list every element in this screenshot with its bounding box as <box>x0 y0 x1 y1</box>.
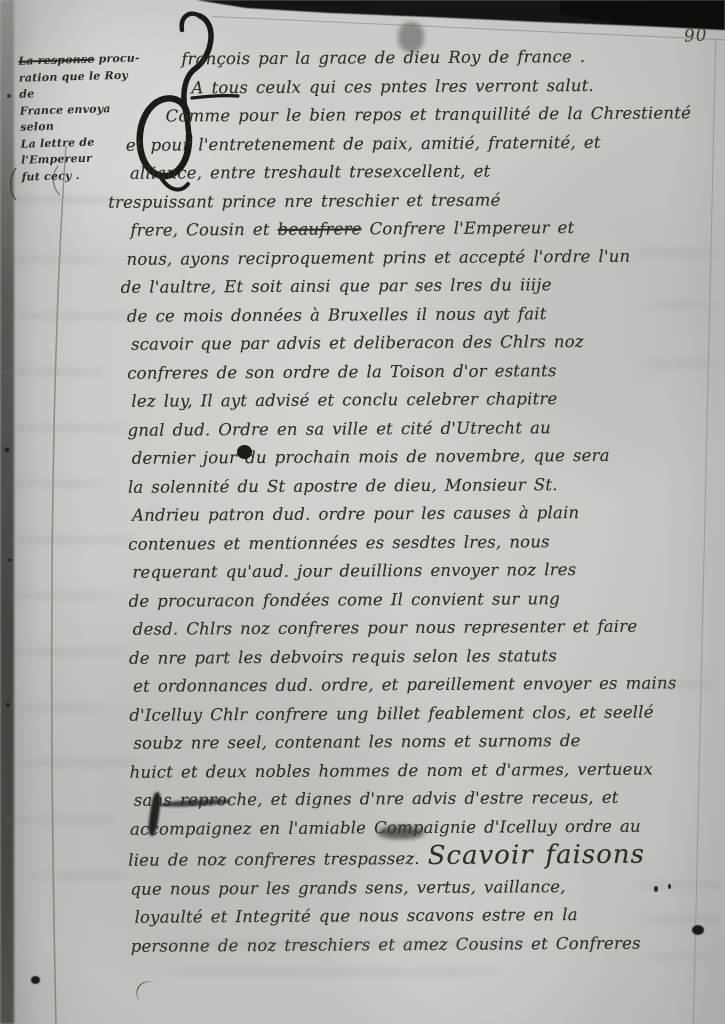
manuscript-line: confreres de son ordre de la Toison d'or… <box>127 356 713 388</box>
top-smudge <box>398 22 424 52</box>
bleedthrough-mark <box>4 480 104 487</box>
bleedthrough-mark <box>652 682 718 688</box>
manuscript-line: nous, ayons reciproquement prins et acce… <box>126 242 712 274</box>
manuscript-line: de nre part les debvoirs requis selon le… <box>129 641 715 673</box>
line-segment: Confrere l'Empereur et <box>362 218 575 238</box>
line-segment: lieu de noz confreres trespassez. <box>128 849 428 870</box>
bleedthrough-mark <box>4 256 104 263</box>
manuscript-line: loyaulté et Integrité que nous scavons e… <box>134 900 716 932</box>
bleedthrough-mark <box>644 360 720 367</box>
margin-note-line: France envoya selon <box>20 100 143 136</box>
ink-blot <box>237 445 252 459</box>
bleedthrough-mark <box>6 704 108 711</box>
bleedthrough-mark <box>2 592 112 599</box>
struck-words: La response <box>18 53 94 68</box>
bleedthrough-mark <box>150 940 530 948</box>
manuscript-line: et pour l'entretenement de paix, amitié,… <box>126 128 712 160</box>
manuscript-line: Comme pour le bien repos et tranquillité… <box>166 99 712 131</box>
manuscript-line: la solennité du St apostre de dieu, Mons… <box>128 470 714 502</box>
bleedthrough-mark <box>10 536 136 544</box>
manuscript-line: d'Icelluy Chlr confrere ung billet feabl… <box>129 698 715 730</box>
bleedthrough-mark <box>648 954 718 960</box>
manuscript-page: 90 La response procu- ration que le Roy … <box>0 0 725 1024</box>
manuscript-line: frere, Cousin et beaufrere Confrere l'Em… <box>130 213 712 245</box>
manuscript-line: lieu de noz confreres trespassez. Scavoi… <box>128 840 716 875</box>
ink-blot <box>31 976 40 984</box>
bleedthrough-mark <box>8 424 128 432</box>
manuscript-line: soubz nre seel, contenant les noms et su… <box>133 726 715 758</box>
manuscript-line: lez luy, Il ayt advisé et conclu celebre… <box>131 384 713 416</box>
bleedthrough-mark <box>170 968 500 975</box>
manuscript-line: que nous pour les grands sens, vertus, v… <box>130 872 716 904</box>
manuscript-line: alliance, entre treshault tresexcellent,… <box>130 156 712 188</box>
line-segment: frere, Cousin et <box>130 220 277 240</box>
bleedthrough-mark <box>648 302 718 308</box>
manuscript-line: Andrieu patron dud. ordre pour les cause… <box>132 498 714 530</box>
manuscript-line: dernier jour du prochain mois de novembr… <box>132 441 714 473</box>
ink-blot <box>692 925 704 935</box>
bleedthrough-mark <box>0 368 110 375</box>
bleedthrough-mark <box>640 916 720 923</box>
display-phrase: Scavoir faisons <box>428 840 645 871</box>
manuscript-line: desd. Chlrs noz confreres pour nous repr… <box>133 612 715 644</box>
bleedthrough-mark <box>12 758 142 766</box>
bleedthrough-mark <box>638 250 718 257</box>
manuscript-text: françois par la grace de dieu Roy de fra… <box>125 42 717 961</box>
manuscript-line: de ce mois données à Bruxelles il nous a… <box>127 299 713 331</box>
manuscript-line: requerant qu'aud. jour deuillions envoye… <box>132 555 714 587</box>
struck-word: beaufrere <box>278 219 362 239</box>
ink-smudge <box>378 826 424 839</box>
manuscript-line: et ordonnances dud. ordre, et pareilleme… <box>133 669 715 701</box>
bleedthrough-mark <box>8 196 126 204</box>
manuscript-line: gnal dud. Ordre en sa ville et cité d'Ut… <box>127 413 713 445</box>
manuscript-line: scavoir que par advis et deliberacon des… <box>131 327 713 359</box>
manuscript-line: trespuissant prince nre treschier et tre… <box>108 185 712 217</box>
manuscript-line: de procuracon fondées come Il convient s… <box>129 584 715 616</box>
manuscript-line: huict et deux nobles hommes de nom et d'… <box>130 755 716 787</box>
manuscript-line: françois par la grace de dieu Roy de fra… <box>181 42 711 74</box>
bleedthrough-mark <box>10 312 134 320</box>
scan-shadow-top <box>0 0 725 34</box>
bleedthrough-mark <box>28 872 128 879</box>
manuscript-line: contenues et mentionnées es sesdtes lres… <box>128 527 714 559</box>
bleedthrough-mark <box>8 648 128 656</box>
bleedthrough-mark <box>4 816 116 823</box>
manuscript-line: A tous ceulx qui ces pntes lres verront … <box>191 71 711 103</box>
binding-edge <box>0 0 14 1024</box>
manuscript-line: de l'aultre, Et soit ainsi que par ses l… <box>121 270 713 302</box>
bleedthrough-mark <box>634 882 720 889</box>
pen-arc-mark <box>132 976 168 1011</box>
margin-note-line: ration que le Roy de <box>19 67 142 103</box>
